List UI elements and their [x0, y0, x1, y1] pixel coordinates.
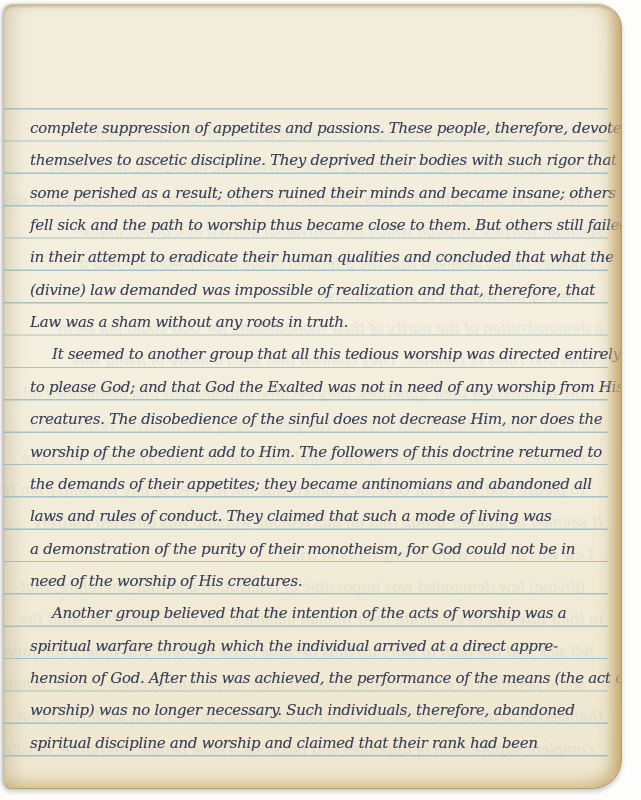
handwritten-line: worship) was no longer necessary. Such i… — [30, 697, 575, 723]
handwritten-line: fell sick and the path to worship thus b… — [30, 212, 622, 238]
handwritten-line: Law was a sham without any roots in trut… — [30, 309, 348, 335]
page-edge-right — [607, 7, 621, 786]
handwritten-line: spiritual warfare through which the indi… — [30, 633, 558, 659]
handwritten-line: themselves to ascetic discipline. They d… — [30, 147, 617, 173]
handwritten-line: worship of the obedient add to Him. The … — [30, 439, 602, 465]
handwritten-line: It seemed to another group that all this… — [52, 341, 621, 367]
scanned-notebook-photo: spiritual discipline and worship and cla… — [0, 0, 641, 800]
handwritten-line: Another group believed that the intentio… — [52, 600, 566, 626]
handwritten-line: need of the worship of His creatures. — [30, 568, 302, 594]
handwriting-layer: complete suppression of appetites and pa… — [4, 5, 621, 788]
handwritten-line: (divine) law demanded was impossible of … — [30, 277, 595, 303]
handwritten-line: spiritual discipline and worship and cla… — [30, 730, 538, 756]
handwritten-line: a demonstration of the purity of their m… — [30, 536, 575, 562]
handwritten-line: the demands of their appetites; they bec… — [30, 471, 592, 497]
handwritten-line: laws and rules of conduct. They claimed … — [30, 503, 551, 529]
handwritten-line: to please God; and that God the Exalted … — [30, 374, 622, 400]
handwritten-line: complete suppression of appetites and pa… — [30, 115, 622, 141]
handwritten-line: some perished as a result; others ruined… — [30, 180, 616, 206]
handwritten-line: in their attempt to eradicate their huma… — [30, 244, 614, 270]
handwritten-line: hension of God. After this was achieved,… — [30, 665, 622, 691]
handwritten-line: creatures. The disobedience of the sinfu… — [30, 406, 602, 432]
notebook-page: spiritual discipline and worship and cla… — [3, 4, 622, 789]
